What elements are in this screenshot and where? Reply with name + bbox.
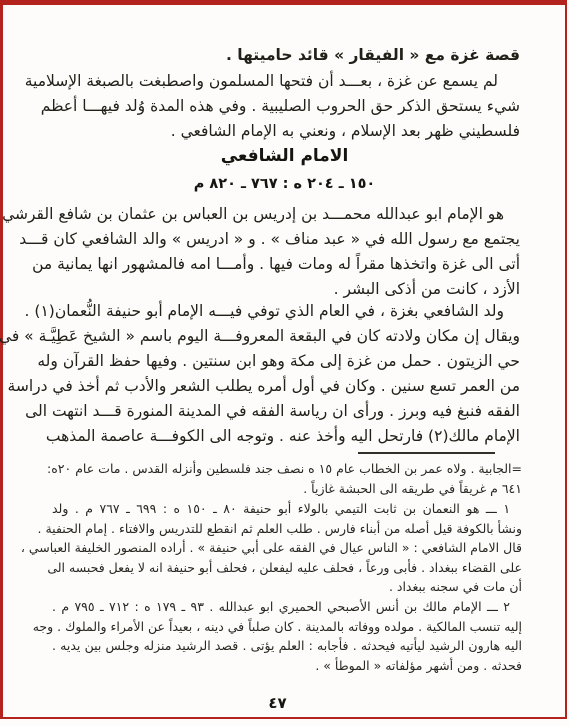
footnote-line: ٦٤١ م غريقاً في طريقه الى الحبشة غازياً …: [52, 479, 522, 499]
footnote-line: إليه تنسب المالكية . مولده ووفاته بالمدي…: [52, 617, 522, 637]
footnote-line: ونشأ بالكوفة قيل أصله من أبناء فارس . طل…: [52, 519, 522, 539]
paragraph-3: ولد الشافعي بغزة ، في العام الذي توفي في…: [58, 299, 520, 324]
footnote-line: على القضاء ببغداد . فأبى ورعاً ، فحلف عل…: [52, 558, 522, 578]
section-heading: الامام الشافعي: [0, 146, 569, 166]
footnote-line: ١ ـــ هو النعمان بن ثابت التيمي بالولاء …: [52, 499, 522, 519]
body-line: هو الإمام ابو عبدالله محمـــد بن إدريس ب…: [58, 202, 520, 227]
body-line: قصة غزة مع « الفيقار » قائد حاميتها .: [58, 43, 520, 68]
body-line: ولد الشافعي بغزة ، في العام الذي توفي في…: [58, 299, 520, 324]
body-line: شيء يستحق الذكر حق الحروب الصليبية . وفي…: [58, 94, 520, 119]
body-line: أتى الى غزة واتخذها مقراً له ومات فيها .…: [58, 252, 520, 277]
body-line: ويقال إن مكان ولادته كان في البقعة المعر…: [58, 324, 520, 349]
footnote-line: اليه هارون الرشيد ليأتيه فيحدثه . فأجابه…: [52, 636, 522, 656]
body-line: فلسطيني ظهر بعد الإسلام ، ونعني به الإما…: [58, 119, 520, 144]
footnote-separator-rule: [358, 452, 495, 454]
scanned-book-page: قصة غزة مع « الفيقار » قائد حاميتها . لم…: [0, 0, 569, 726]
footnote-continuation: =الجابية . ولاه عمر بن الخطاب عام ١٥ ه ن…: [52, 459, 522, 498]
footnote-line: ٢ ـــ الإمام مالك بن أنس الأصبحي الحميري…: [52, 597, 522, 617]
page-number: ٤٧: [0, 694, 555, 712]
body-line: من العمر تسع سنين . وكان في أول أمره يطل…: [58, 374, 520, 399]
footnote-1: ١ ـــ هو النعمان بن ثابت التيمي بالولاء …: [52, 499, 522, 597]
footnote-2: ٢ ـــ الإمام مالك بن أنس الأصبحي الحميري…: [52, 597, 522, 675]
footnote-line: =الجابية . ولاه عمر بن الخطاب عام ١٥ ه ن…: [52, 459, 522, 479]
intro-line-block: قصة غزة مع « الفيقار » قائد حاميتها .: [58, 43, 520, 68]
paragraph-1: لم يسمع عن غزة ، بعـــد أن فتحها المسلمو…: [58, 69, 520, 144]
dates-line: ١٥٠ ـ ٢٠٤ ه : ٧٦٧ ـ ٨٢٠ م: [0, 176, 569, 192]
footnote-line: قال الامام الشافعي : « الناس عيال في الف…: [52, 538, 522, 558]
body-line: يجتمع مع رسول الله في « عبد مناف » . و «…: [58, 227, 520, 252]
paragraph-4: ويقال إن مكان ولادته كان في البقعة المعر…: [58, 324, 520, 449]
body-line: لم يسمع عن غزة ، بعـــد أن فتحها المسلمو…: [58, 69, 520, 94]
footnote-line: أن مات في سجنه ببغداد .: [52, 577, 522, 597]
paragraph-2: هو الإمام ابو عبدالله محمـــد بن إدريس ب…: [58, 202, 520, 302]
body-line: الإمام مالك(٢) فارتحل اليه وأخذ عنه . وت…: [58, 424, 520, 449]
footnote-line: فحدثه . ومن أشهر مؤلفاته « الموطأ » .: [52, 656, 522, 676]
body-line: الفقه فنبغ فيه وبرز . ورأى ان رياسة الفق…: [58, 399, 520, 424]
body-line: حي الزيتون . حمل من غزة إلى مكة وهو ابن …: [58, 349, 520, 374]
